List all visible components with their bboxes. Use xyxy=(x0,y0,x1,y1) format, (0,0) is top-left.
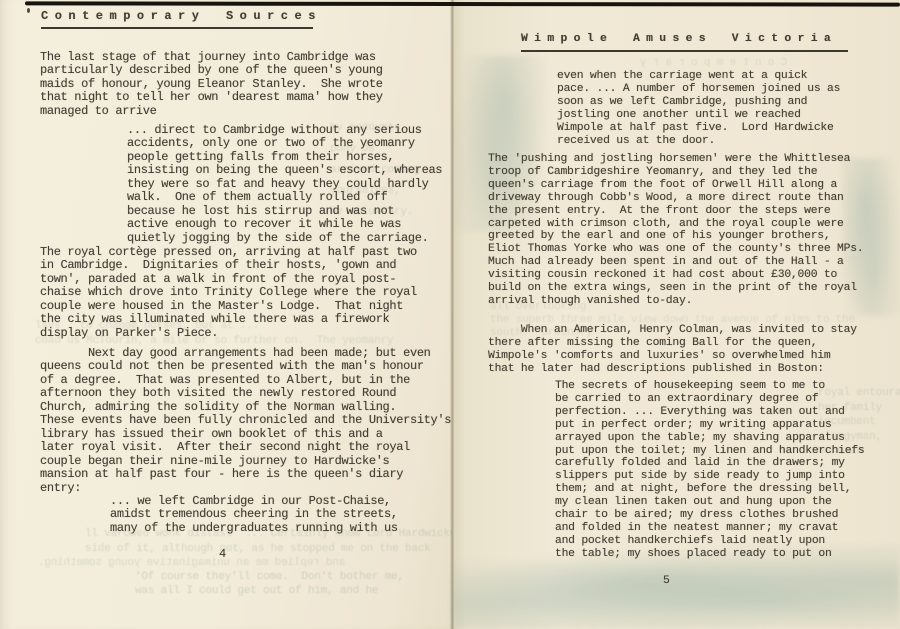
block-quote: ... direct to Cambridge without any seri… xyxy=(127,124,442,245)
paragraph: The last stage of that journey into Camb… xyxy=(40,51,383,118)
page-number: 4 xyxy=(219,548,226,561)
scan-speck-artifact xyxy=(27,8,30,13)
block-quote: ... we left Cambridge in our Post-Chaise… xyxy=(110,495,398,535)
block-quote: The secrets of housekeeping seem to me t… xyxy=(555,380,865,561)
running-header: C o n t e m p o r a r y S o u r c e s xyxy=(41,10,313,29)
running-header: W i m p o l e A m u s e s V i c t o r i … xyxy=(521,33,848,52)
page-number: 5 xyxy=(663,575,670,588)
paragraph: The 'pushing and jostling horsemen' were… xyxy=(488,153,863,308)
paragraph: Next day good arrangements had been made… xyxy=(40,347,451,495)
paragraph: When an American, Henry Colman, was invi… xyxy=(488,324,857,376)
paragraph: The royal cortège pressed on, arriving a… xyxy=(40,246,417,340)
bleedthrough-text: C o n t e m p o r a r y xyxy=(640,56,787,71)
page-left: by accounts, pony be arrived coming. you… xyxy=(0,0,452,629)
bleedthrough-text: and replied me an unimaginative young so… xyxy=(38,556,345,571)
page-gutter-shadow xyxy=(450,0,454,629)
book-spread: by accounts, pony be arrived coming. you… xyxy=(0,0,900,629)
block-quote: even when the carriage went at a quick p… xyxy=(557,70,840,147)
bleedthrough-text: 'Of course they'll come. Don't bother me… xyxy=(135,571,404,598)
